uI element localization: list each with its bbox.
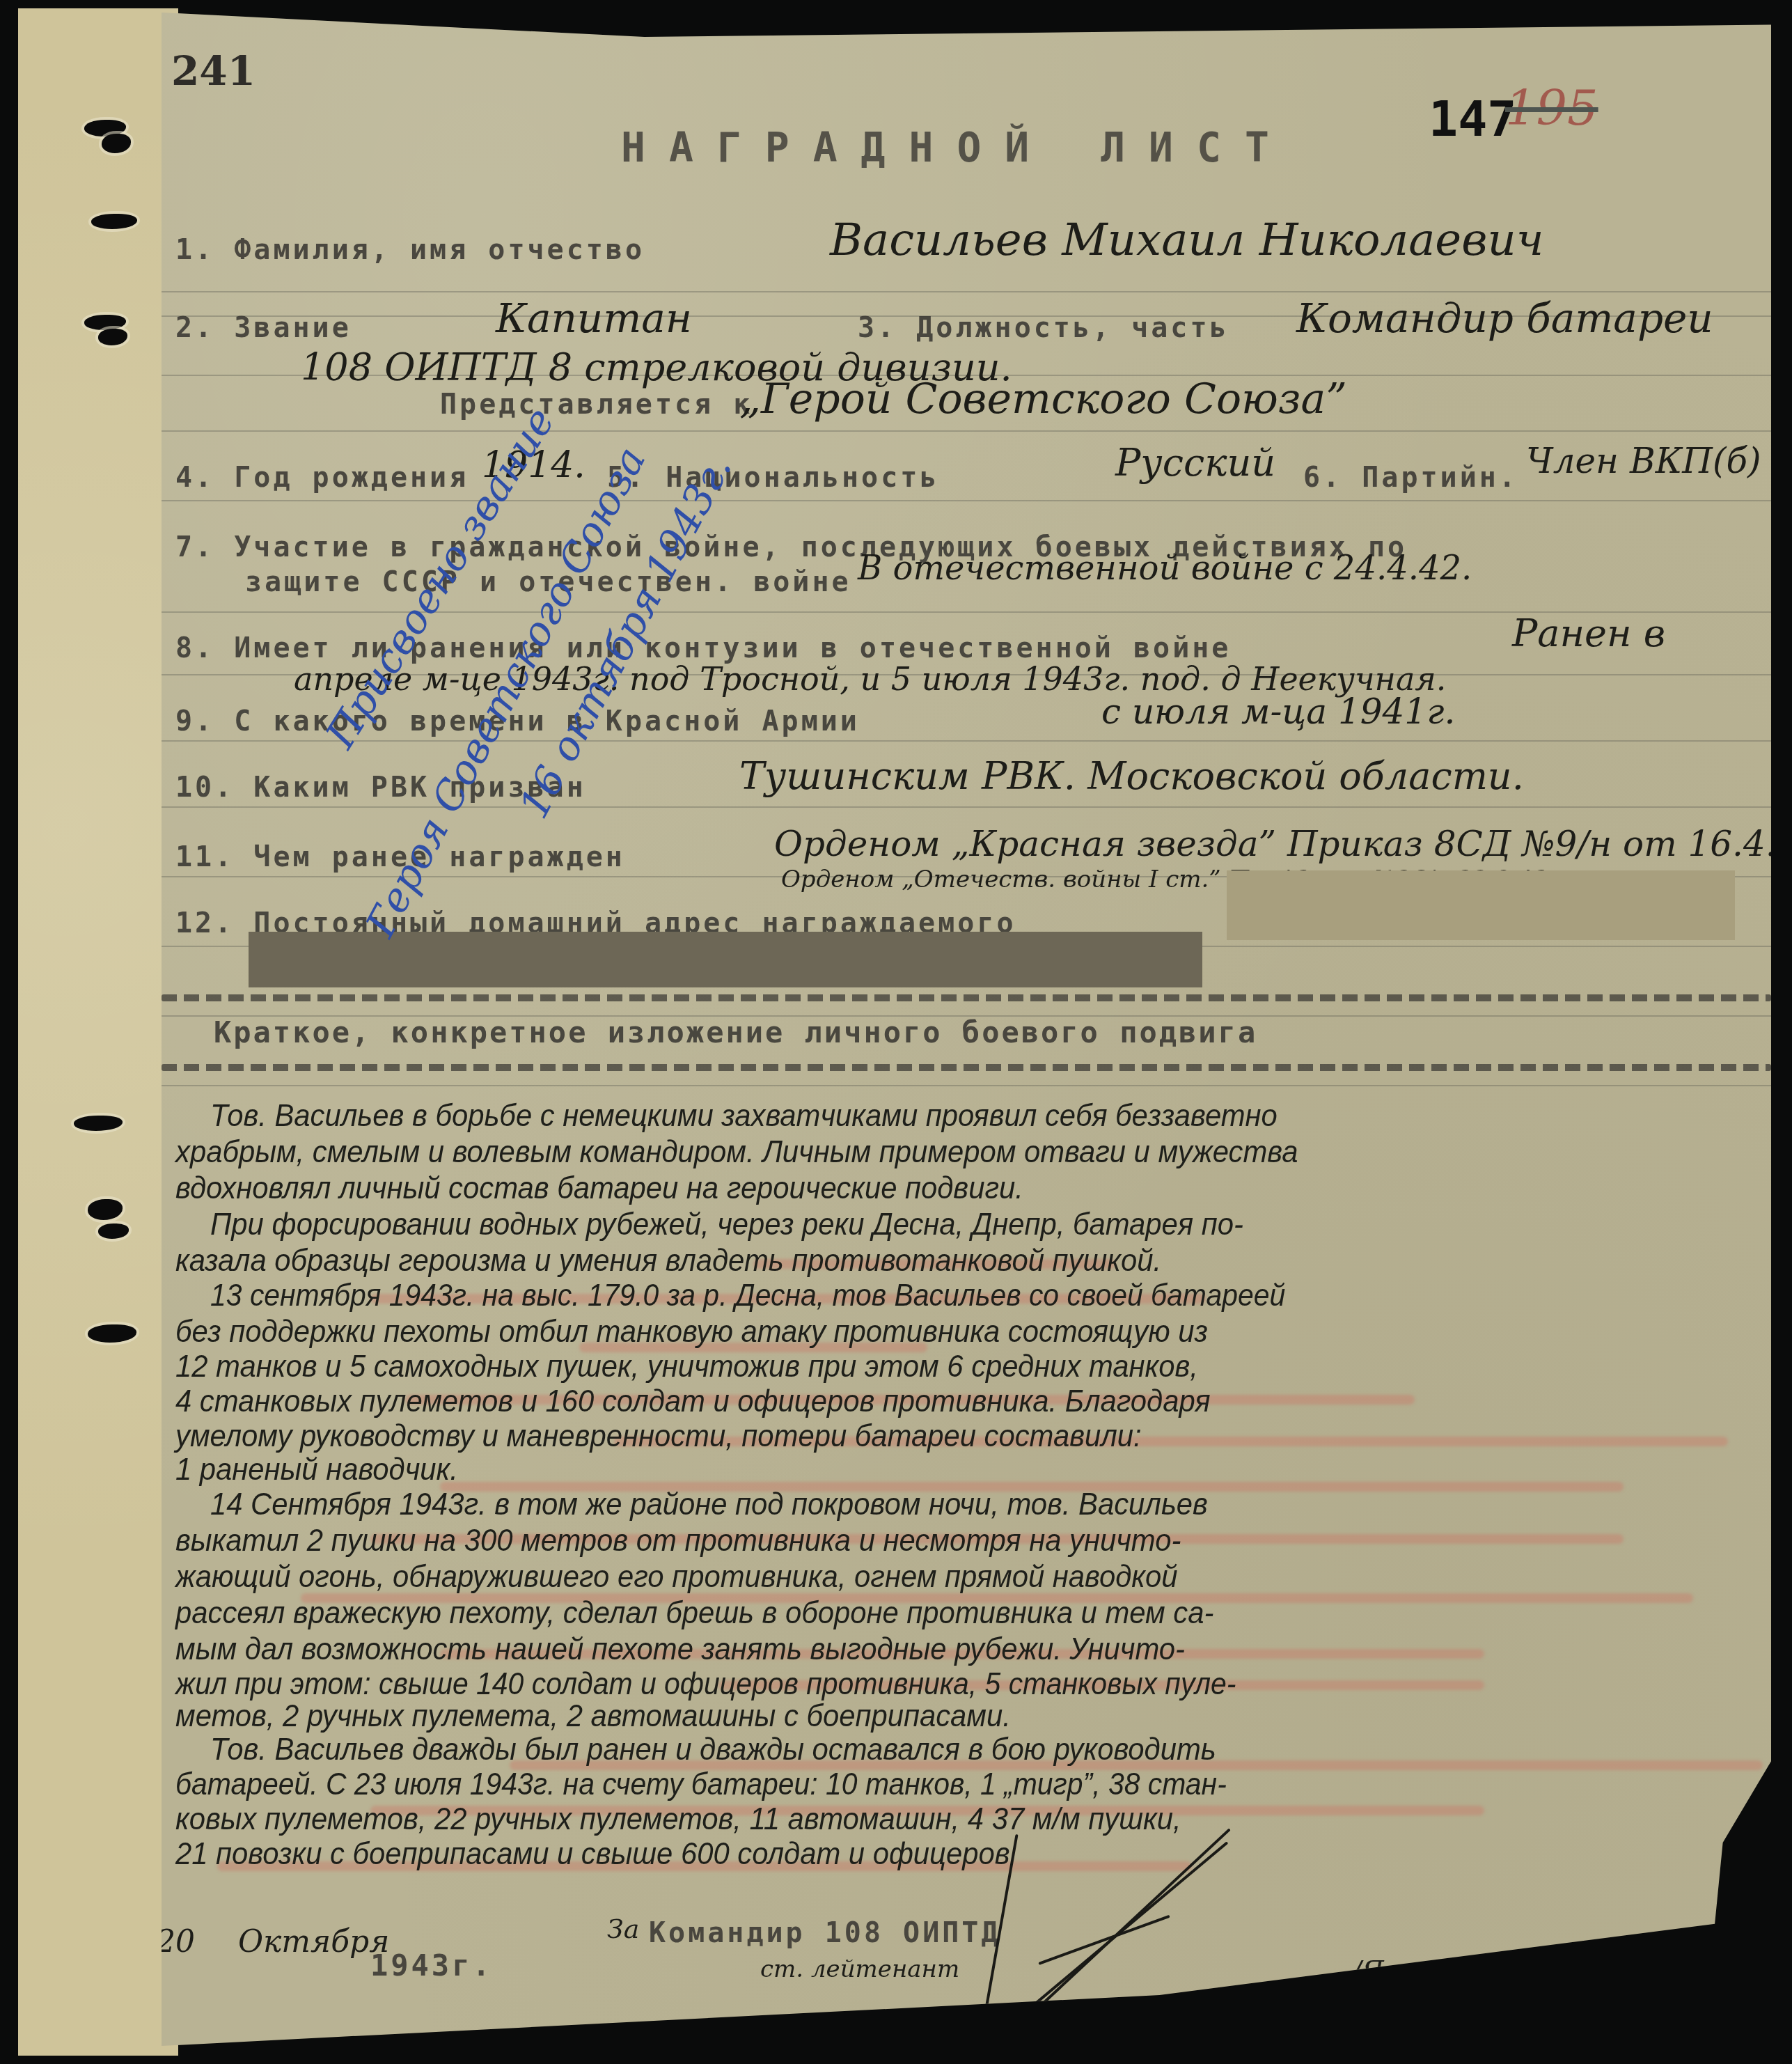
field-11-prior-awards: Орденом „Красная звезда” Приказ 8СД №9/н…	[774, 824, 1792, 864]
dashed-divider	[162, 1064, 1771, 1071]
award-sheet-page: 241 НАГРАДНОЙ ЛИСТ 147 195 1. Фамилия, и…	[162, 13, 1771, 2046]
crossed-out-sheet-number: 195	[1505, 79, 1598, 136]
binding-hole	[84, 315, 126, 330]
signer-rank: ст. лейтенант	[760, 1955, 959, 1983]
binding-hole	[98, 329, 127, 345]
binding-margin-sheet	[18, 8, 178, 2056]
field-2-label: 2. Звание	[175, 312, 352, 344]
redaction-box	[1227, 870, 1735, 940]
nomination-label: Представляется к	[440, 389, 753, 421]
dashed-divider	[162, 994, 1771, 1001]
binding-hole	[91, 214, 137, 229]
document-title: НАГРАДНОЙ ЛИСТ	[621, 124, 1293, 171]
field-7-participation: В отечественной войне с 24.4.42.	[858, 549, 1472, 588]
field-6-party: Член ВКП(б)	[1526, 441, 1761, 481]
nomination-award: „Герой Советского Союза”	[739, 375, 1347, 423]
binding-hole	[88, 1199, 123, 1220]
field-3-label: 3. Должность, часть	[858, 312, 1229, 344]
field-10-draft-office: Тушинским РВК. Московской области.	[739, 754, 1524, 798]
binding-hole	[74, 1116, 123, 1131]
field-5-label: 5. Национальность	[607, 462, 939, 494]
sheet-number: 147	[1429, 91, 1516, 148]
archive-number: 241	[171, 47, 256, 95]
field-5-nationality: Русский	[1115, 441, 1275, 485]
field-6-label: 6. Партийн.	[1303, 462, 1518, 494]
binding-hole	[102, 134, 131, 153]
field-2-rank: Капитан	[496, 295, 692, 342]
field-1-full-name: Васильев Михаил Николаевич	[830, 214, 1543, 266]
binding-hole	[88, 1324, 136, 1343]
field-8-wounds: Ранен в	[1512, 611, 1665, 655]
binding-hole	[98, 1223, 129, 1239]
field-1-label: 1. Фамилия, имя отчество	[175, 234, 645, 266]
field-3-position: Командир батареи	[1296, 295, 1713, 342]
field-9-since: с июля м-ца 1941г.	[1101, 691, 1455, 732]
feat-heading: Краткое, конкретное изложение личного бо…	[214, 1015, 1257, 1049]
field-4-label: 4. Год рождения	[175, 462, 469, 494]
signer-title: Командир 108 ОИПТД	[649, 1917, 1000, 1949]
